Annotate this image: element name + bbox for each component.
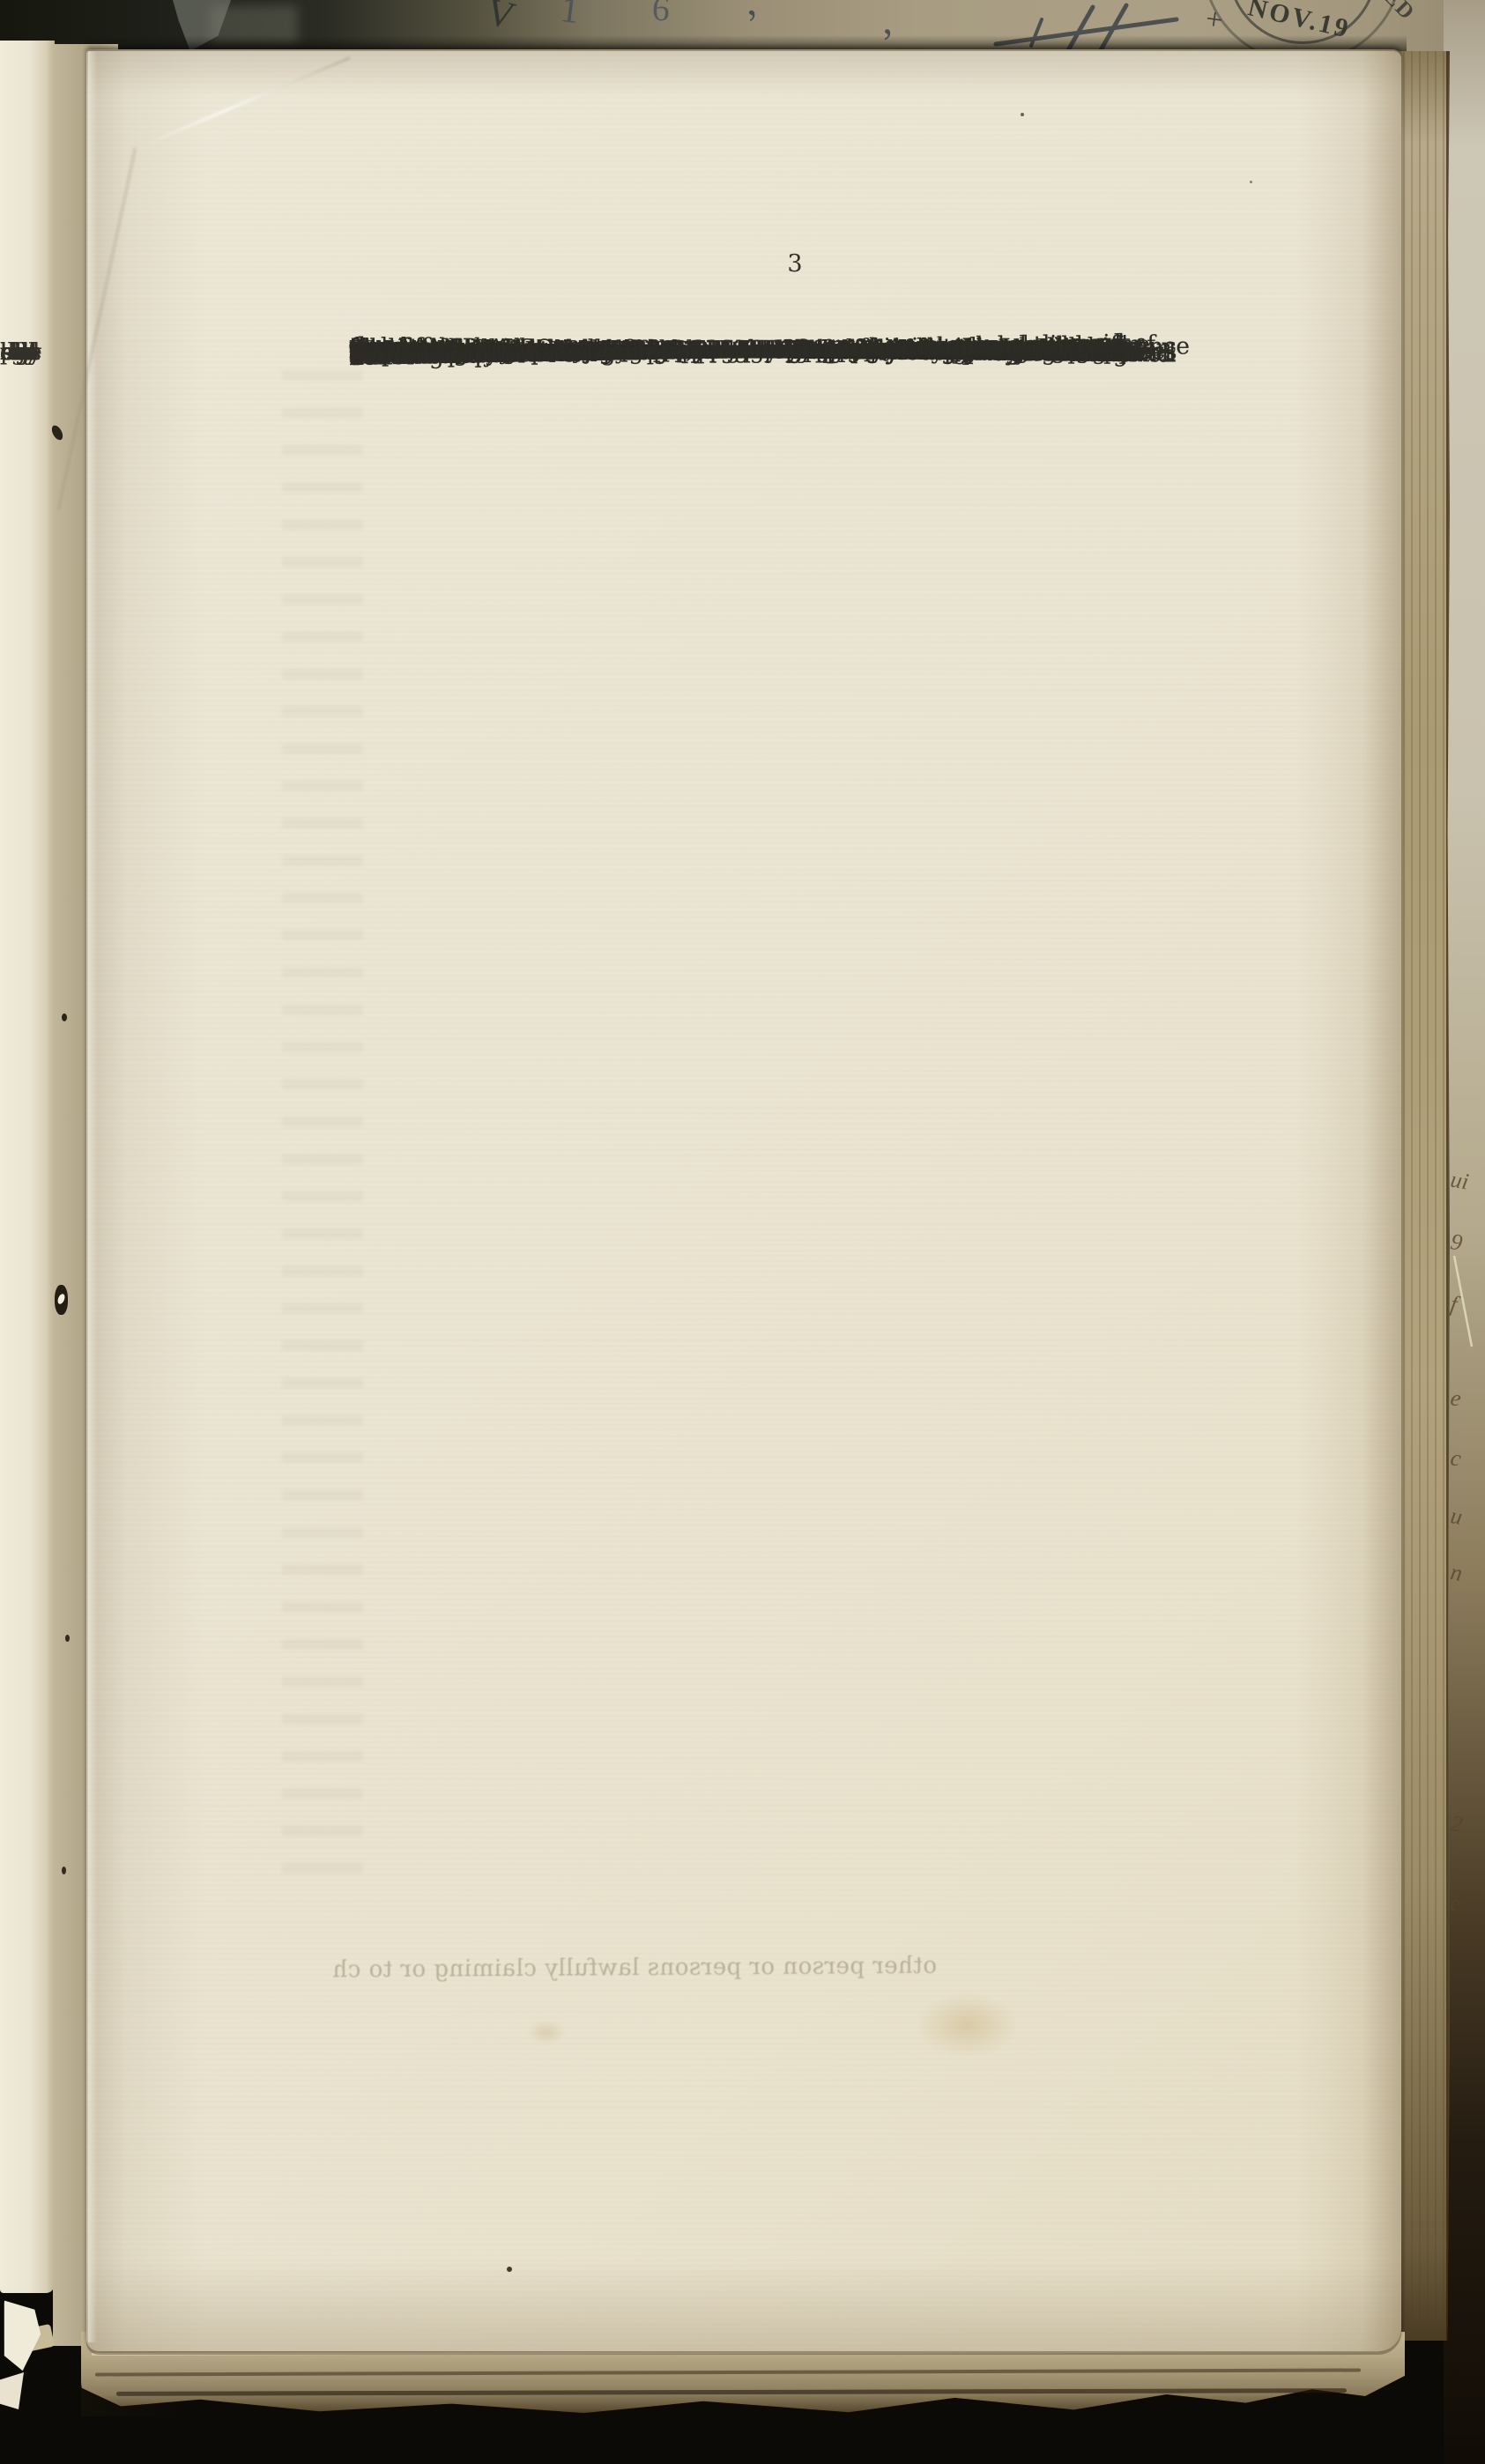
script-fragment: n <box>1448 1559 1464 1587</box>
script-fragment: 2 <box>1448 1810 1464 1838</box>
leaf-curled-edge <box>1395 51 1450 2341</box>
page-number: 3 <box>349 250 1241 278</box>
binding-hole <box>65 1635 70 1642</box>
pen-mark: 6 <box>651 0 671 29</box>
script-fragment: u <box>1448 1503 1464 1531</box>
mirrored-showthrough-text: other person or persons lawfully claimin… <box>291 1952 978 1983</box>
book-scan: NOV.19 ED + V 1 6 ’ , ui 9 f e c u n 2 e <box>0 0 1485 2464</box>
speck <box>507 2267 512 2272</box>
stain <box>527 2020 566 2045</box>
page-edge-highlight <box>88 51 97 2342</box>
script-fragment: c <box>1448 1444 1463 1473</box>
binding-hole <box>62 1867 66 1874</box>
script-fragment: e <box>1448 1889 1463 1918</box>
speck <box>1021 113 1024 116</box>
margin-fragment: nd <box>0 334 29 371</box>
paper-fiber <box>1451 1251 1477 1353</box>
script-fragment: ui <box>1449 1166 1471 1195</box>
torn-paper-bit <box>0 2301 43 2372</box>
stain <box>917 1993 1018 2057</box>
script-fragment: e <box>1448 1384 1463 1413</box>
speck <box>1250 181 1252 183</box>
torn-paper-bit <box>0 2372 26 2409</box>
facing-page-strip <box>0 41 55 2293</box>
binding-hole <box>62 1013 67 1021</box>
ink-showthrough <box>282 370 363 1886</box>
